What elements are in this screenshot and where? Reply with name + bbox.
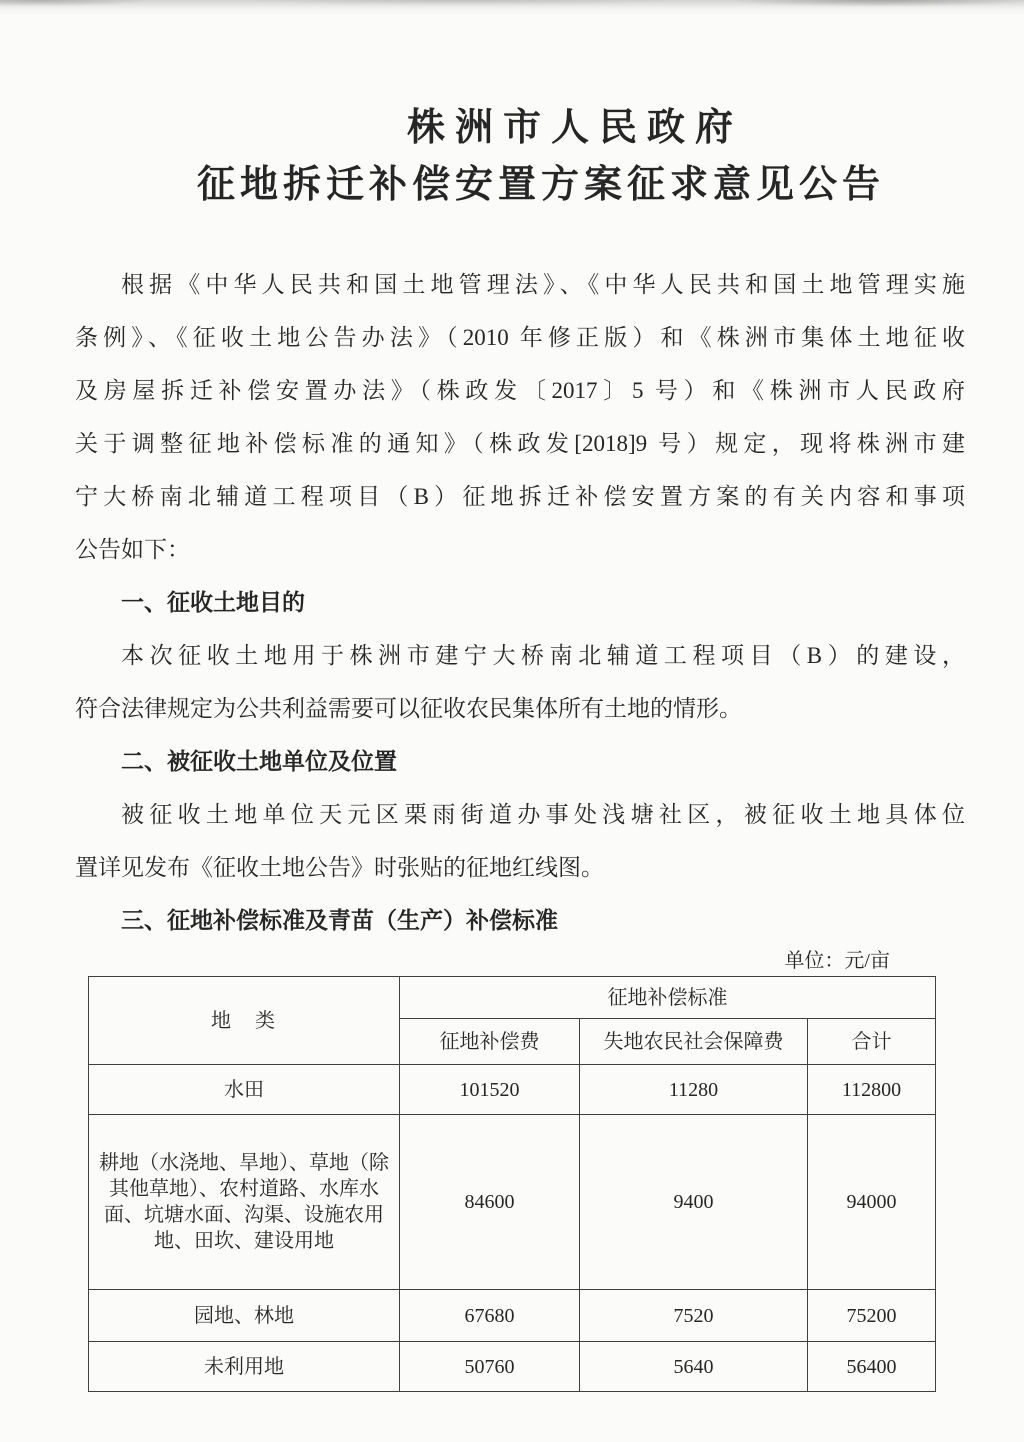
section-1-paragraph: 本次征收土地用于株洲市建宁大桥南北辅道工程项目（B）的建设， 符合法律规定为公共… xyxy=(75,629,965,735)
cell-fee: 84600 xyxy=(400,1115,580,1290)
table-row: 水田 101520 11280 112800 xyxy=(89,1065,936,1115)
section-1-line-2: 符合法律规定为公共利益需要可以征收农民集体所有土地的情形。 xyxy=(75,682,965,735)
cell-social-security: 7520 xyxy=(580,1290,808,1342)
section-2-line-2: 置详见发布《征收土地公告》时张贴的征地红线图。 xyxy=(75,841,965,894)
section-2-line-1: 被征收土地单位天元区栗雨街道办事处浅塘社区，被征收土地具体位 xyxy=(75,788,965,841)
cell-social-security: 11280 xyxy=(580,1065,808,1115)
cell-total: 56400 xyxy=(808,1342,936,1392)
cell-land-type: 水田 xyxy=(89,1065,400,1115)
table-row: 园地、林地 67680 7520 75200 xyxy=(89,1290,936,1342)
header-land-type: 地 类 xyxy=(89,977,400,1065)
scanned-document-page: 株洲市人民政府 征地拆迁补偿安置方案征求意见公告 根据《中华人民共和国土地管理法… xyxy=(0,0,1024,1442)
cell-social-security: 9400 xyxy=(580,1115,808,1290)
intro-line-6: 公告如下： xyxy=(75,523,965,576)
doc-title-line-1: 株洲市人民政府 xyxy=(75,100,965,157)
header-standard-group: 征地补偿标准 xyxy=(400,977,936,1019)
table-row: 未利用地 50760 5640 56400 xyxy=(89,1342,936,1392)
compensation-table-wrapper: 地 类 征地补偿标准 征地补偿费 失地农民社会保障费 合计 水田 101520 … xyxy=(88,976,965,1392)
cell-land-type: 耕地（水浇地、旱地）、草地（除 其他草地）、农村道路、水库水 面、坑塘水面、沟渠… xyxy=(89,1115,400,1290)
cell-fee: 67680 xyxy=(400,1290,580,1342)
cell-land-type: 未利用地 xyxy=(89,1342,400,1392)
section-1-heading: 一、征收土地目的 xyxy=(75,576,965,629)
section-2-paragraph: 被征收土地单位天元区栗雨街道办事处浅塘社区，被征收土地具体位 置详见发布《征收土… xyxy=(75,788,965,894)
cell-fee: 50760 xyxy=(400,1342,580,1392)
intro-line-4: 关于调整征地补偿标准的通知》（株政发[2018]9 号）规定，现将株洲市建 xyxy=(75,417,965,470)
section-2-heading: 二、被征收土地单位及位置 xyxy=(75,735,965,788)
cell-social-security: 5640 xyxy=(580,1342,808,1392)
intro-paragraph: 根据《中华人民共和国土地管理法》、《中华人民共和国土地管理实施 条例》、《征收土… xyxy=(75,258,965,576)
cell-total: 75200 xyxy=(808,1290,936,1342)
document-body: 根据《中华人民共和国土地管理法》、《中华人民共和国土地管理实施 条例》、《征收土… xyxy=(75,258,965,1392)
table-unit-label: 单位：元/亩 xyxy=(75,948,965,975)
section-3-heading: 三、征地补偿标准及青苗（生产）补偿标准 xyxy=(75,894,965,947)
table-header-row-1: 地 类 征地补偿标准 xyxy=(89,977,936,1019)
intro-line-1: 根据《中华人民共和国土地管理法》、《中华人民共和国土地管理实施 xyxy=(75,258,965,311)
cell-land-type: 园地、林地 xyxy=(89,1290,400,1342)
intro-line-5: 宁大桥南北辅道工程项目（B）征地拆迁补偿安置方案的有关内容和事项 xyxy=(75,470,965,523)
cell-total: 94000 xyxy=(808,1115,936,1290)
header-fee: 征地补偿费 xyxy=(400,1019,580,1065)
intro-line-3: 及房屋拆迁补偿安置办法》（株政发〔2017〕5 号）和《株洲市人民政府 xyxy=(75,364,965,417)
doc-title-line-2: 征地拆迁补偿安置方案征求意见公告 xyxy=(75,157,965,214)
cell-fee: 101520 xyxy=(400,1065,580,1115)
header-social-security: 失地农民社会保障费 xyxy=(580,1019,808,1065)
scan-edge-artifact xyxy=(0,0,1024,16)
intro-line-2: 条例》、《征收土地公告办法》（2010 年修正版）和《株洲市集体土地征收 xyxy=(75,311,965,364)
compensation-table: 地 类 征地补偿标准 征地补偿费 失地农民社会保障费 合计 水田 101520 … xyxy=(88,976,936,1392)
header-total: 合计 xyxy=(808,1019,936,1065)
document-title: 株洲市人民政府 征地拆迁补偿安置方案征求意见公告 xyxy=(75,100,965,214)
cell-total: 112800 xyxy=(808,1065,936,1115)
section-1-line-1: 本次征收土地用于株洲市建宁大桥南北辅道工程项目（B）的建设， xyxy=(75,629,965,682)
table-row: 耕地（水浇地、旱地）、草地（除 其他草地）、农村道路、水库水 面、坑塘水面、沟渠… xyxy=(89,1115,936,1290)
